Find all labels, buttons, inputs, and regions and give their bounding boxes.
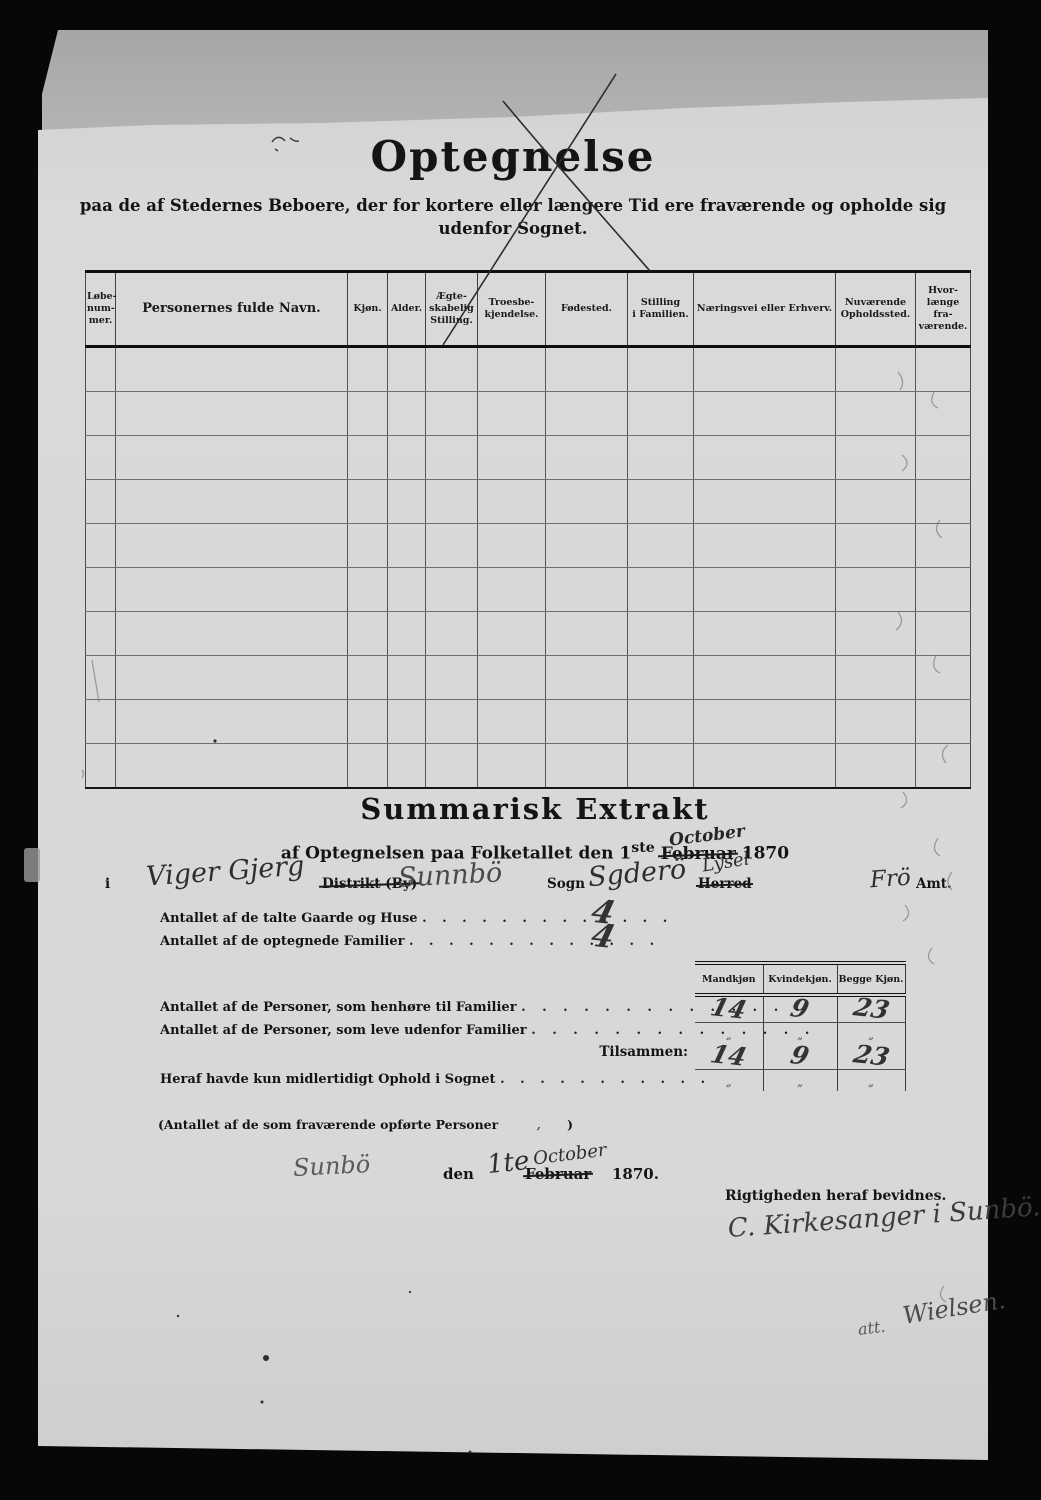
scanned-census-form: Optegnelse paa de af Stedernes Beboere, … — [0, 0, 1041, 1500]
scan-marks-overlay — [0, 0, 1041, 1500]
cross-out-mark — [443, 74, 650, 345]
ink-specks — [177, 739, 472, 1453]
showthrough-smudges — [82, 372, 952, 1302]
pencil-scribble-top — [272, 137, 299, 151]
